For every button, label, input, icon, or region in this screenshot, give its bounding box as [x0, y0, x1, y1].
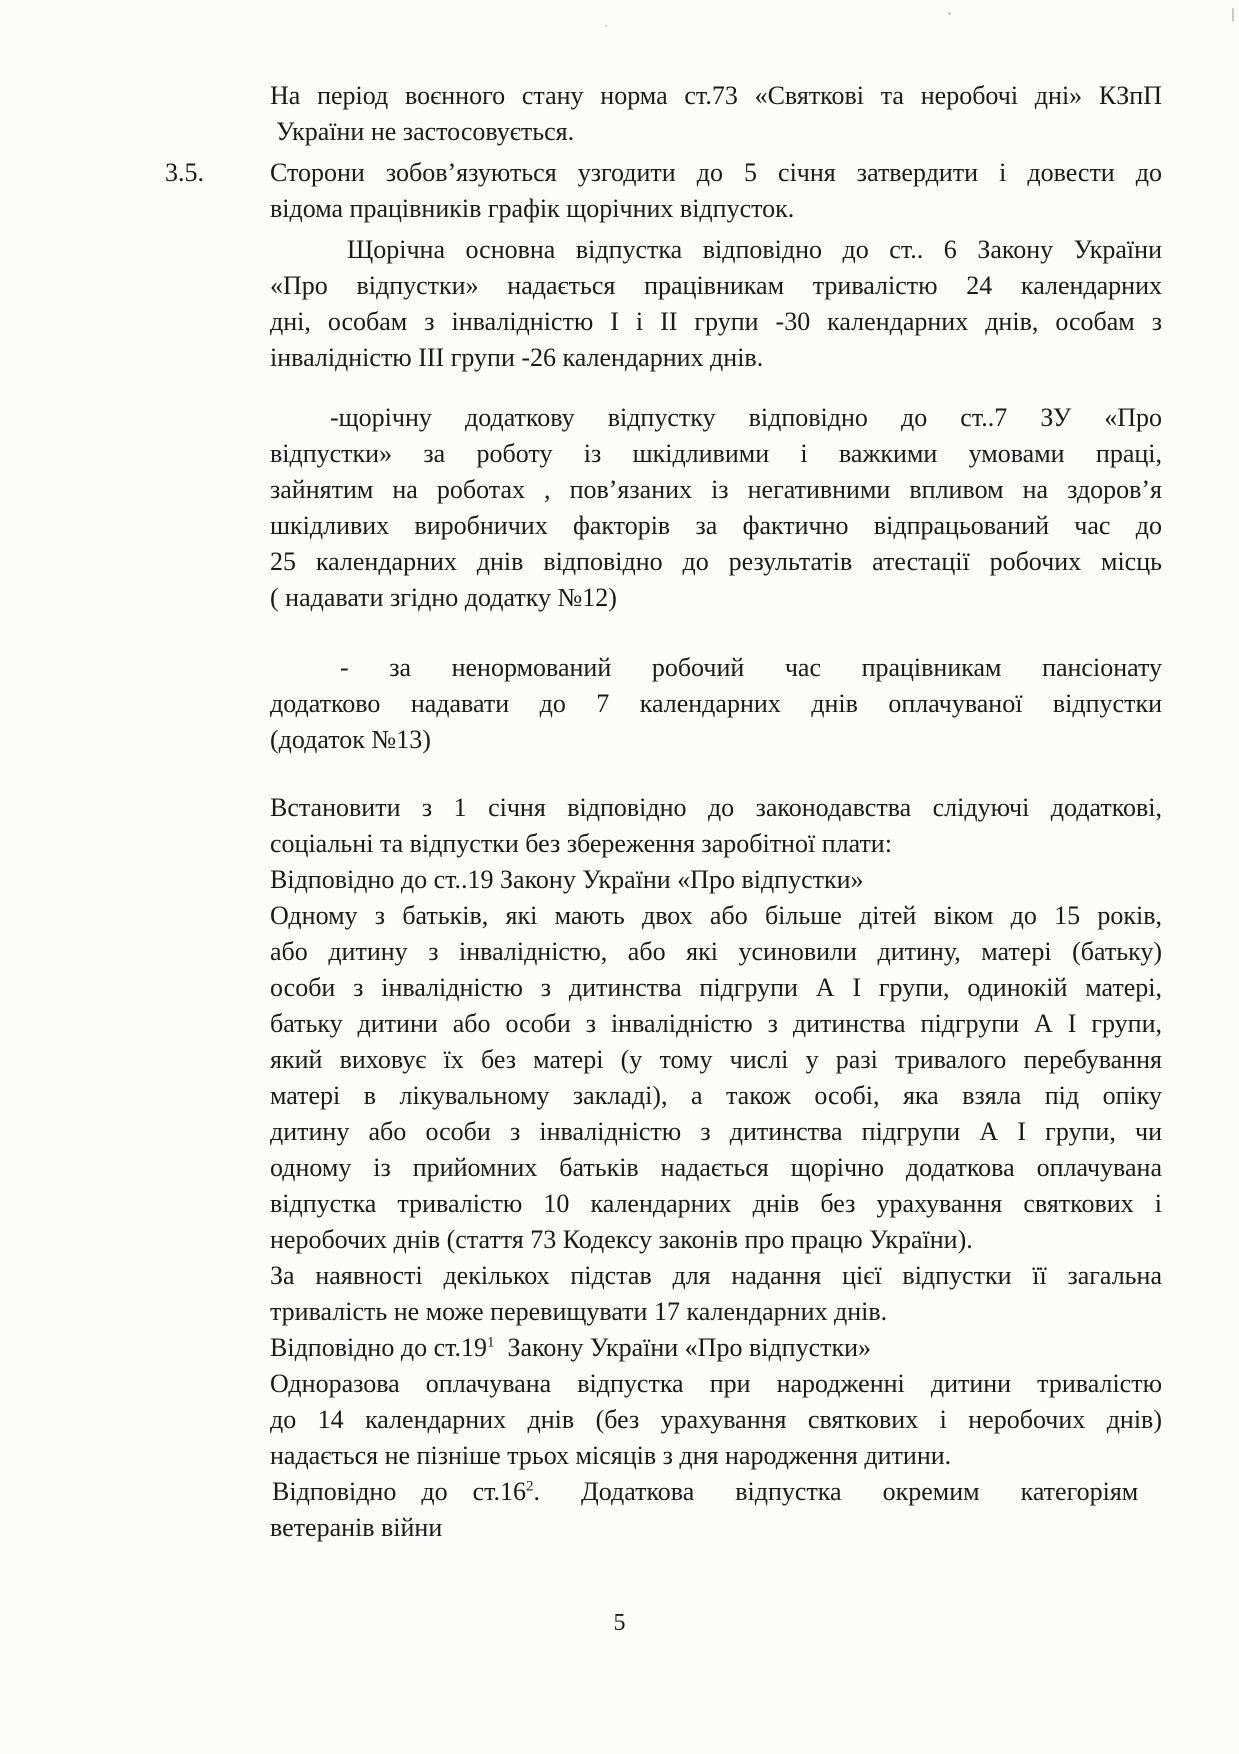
text-line: 25 календарних днів відповідно до резуль…	[270, 544, 1162, 580]
ref-superscript: 2	[526, 1478, 534, 1494]
article-19-1-reference: Відповідно до ст.191 Закону України «Про…	[270, 1330, 1162, 1366]
scan-speck	[948, 12, 951, 15]
text-line: відпустки» за роботу із шкідливими і важ…	[270, 436, 1162, 472]
text-line: матері в лікувальному закладі), а також …	[270, 1078, 1162, 1114]
text-line: дитину або особи з інвалідністю з дитинс…	[270, 1114, 1162, 1150]
text-line: відпустка тривалістю 10 календарних днів…	[270, 1186, 1162, 1222]
text-line: зайнятим на роботах , пов’язаних із нега…	[270, 472, 1162, 508]
scan-speck	[605, 25, 607, 27]
text-line: інвалідністю ІІІ групи -26 календарних д…	[270, 340, 1162, 376]
text-line: який виховує їх без матері (у тому числі…	[270, 1042, 1162, 1078]
text-line: або дитину з інвалідністю, або які усино…	[270, 934, 1162, 970]
text-line: соціальні та відпустки без збереження за…	[270, 826, 1162, 862]
text-line: - за ненормований робочий час працівника…	[340, 650, 1162, 686]
article-16-2-reference: Відповідно до ст.162. Додаткова відпустк…	[272, 1474, 1164, 1510]
text-line: тривалість не може перевищувати 17 кален…	[270, 1294, 1162, 1330]
ref-suffix: . Додаткова відпустка окремим категоріям	[534, 1477, 1139, 1506]
text-line: відома працівників графік щорічних відпу…	[270, 191, 1162, 227]
text-line: неробочих днів (стаття 73 Кодексу законі…	[270, 1222, 1162, 1258]
text-line: На період воєнного стану норма ст.73 «Св…	[270, 78, 1162, 114]
text-line: ветеранів війни	[270, 1510, 1162, 1546]
text-line: Одному з батьків, які мають двох або біл…	[270, 898, 1162, 934]
text-line: надається не пізніше трьох місяців з дня…	[270, 1438, 1162, 1474]
text-line: -щорічну додаткову відпустку відповідно …	[330, 400, 1162, 436]
text-line: Щорічна основна відпустка відповідно до …	[347, 232, 1162, 268]
text-line: одному із прийомних батьків надається що…	[270, 1150, 1162, 1186]
page-number: 5	[0, 1608, 1239, 1638]
text-line: Встановити з 1 січня відповідно до закон…	[270, 790, 1162, 826]
text-line: Відповідно до ст..19 Закону України «Про…	[270, 862, 1162, 898]
item-number: 3.5.	[165, 155, 204, 191]
text-line: Одноразова оплачувана відпустка при наро…	[270, 1366, 1162, 1402]
text-line: батьку дитини або особи з інвалідністю з…	[270, 1006, 1162, 1042]
text-line: України не застосовується.	[276, 114, 1162, 150]
ref-suffix: Закону України «Про відпустки»	[495, 1333, 872, 1362]
text-line: За наявності декількох підстав для надан…	[270, 1258, 1162, 1294]
text-line: особи з інвалідністю з дитинства підгруп…	[270, 970, 1162, 1006]
text-line: Сторони зобов’язуються узгодити до 5 січ…	[270, 155, 1162, 191]
text-line: ( надавати згідно додатку №12)	[270, 580, 1162, 616]
text-line: (додаток №13)	[270, 722, 1162, 758]
ref-prefix: Відповідно до ст.19	[270, 1333, 487, 1362]
ref-prefix: Відповідно до ст.16	[272, 1477, 526, 1506]
text-line: «Про відпустки» надається працівникам тр…	[270, 268, 1162, 304]
document-page: 3.5. На період воєнного стану норма ст.7…	[0, 0, 1239, 1754]
text-line: до 14 календарних днів (без урахування с…	[270, 1402, 1162, 1438]
text-line: шкідливих виробничих факторів за фактичн…	[270, 508, 1162, 544]
scan-speck	[1232, 8, 1234, 22]
text-line: додатково надавати до 7 календарних днів…	[270, 686, 1162, 722]
ref-superscript: 1	[487, 1334, 495, 1350]
text-line: дні, особам з інвалідністю І і ІІ групи …	[270, 304, 1162, 340]
